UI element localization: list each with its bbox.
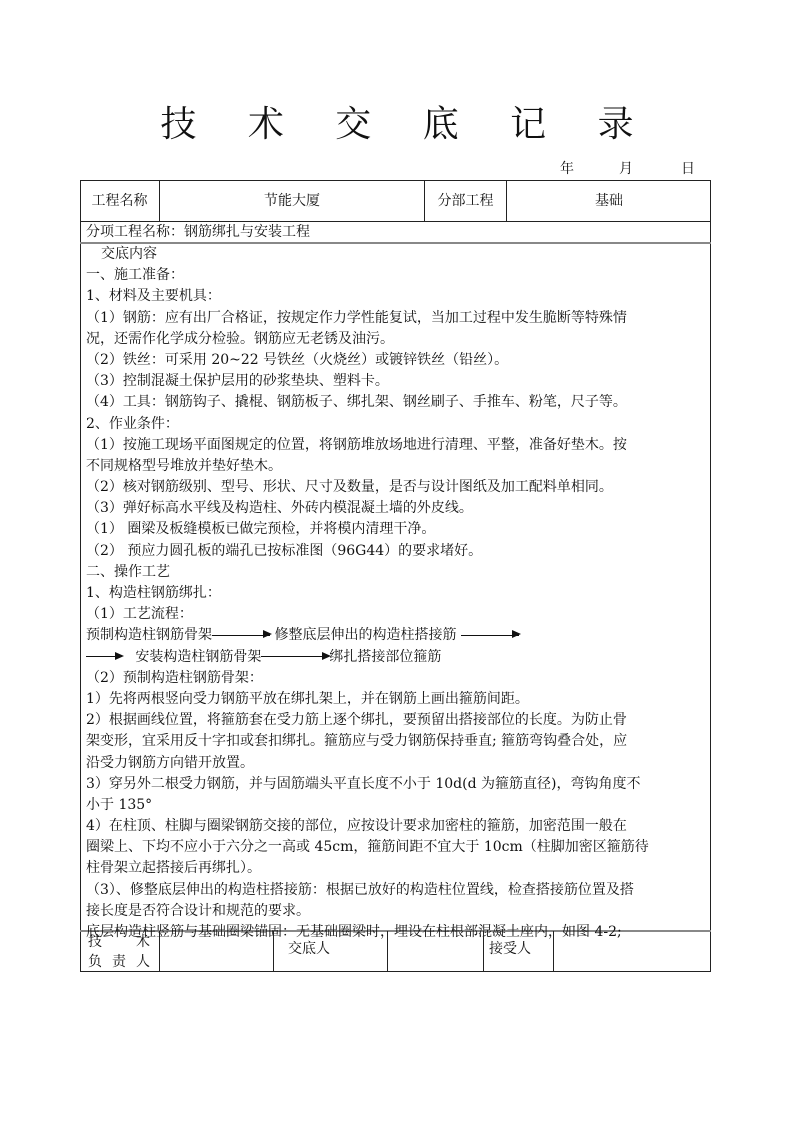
col-divider	[273, 931, 274, 972]
discloser-signature-field[interactable]	[388, 931, 483, 972]
content-line: （2） 预应力圆孔板的端孔已按标准图（96G44）的要求堵好。	[86, 541, 708, 562]
date-month-label: 月	[619, 158, 633, 178]
content-line: （1） 圈梁及板缝模板已做完预检，并将模内清理干净。	[86, 519, 708, 540]
flow-step-4: 绑扎搭接部位箍筋	[329, 649, 441, 665]
content-line: （3）、修整底层伸出的构造柱搭接筋：根据已放好的构造柱位置线，检查搭接筋位置及搭	[86, 880, 708, 901]
subitem-label: 分项工程名称：	[86, 223, 184, 241]
content-line: 二、操作工艺	[86, 562, 708, 583]
content-line: （4）工具：钢筋钩子、撬棍、钢筋板子、绑扎架、钢丝刷子、手推车、粉笔，尺子等。	[86, 392, 708, 413]
tech-lead-signature-field[interactable]	[160, 931, 273, 972]
receiver-label: 接受人	[489, 931, 531, 972]
arrow-right-icon	[212, 635, 270, 646]
document-title: 技 术 交 底 记 录	[0, 100, 794, 150]
content-line: 小于 135°	[86, 795, 708, 816]
content-line: （2）核对钢筋级别、型号、形状、尺寸及数量，是否与设计图纸及加工配料单相同。	[86, 477, 708, 498]
subitem-row: 分项工程名称：钢筋绑扎与安装工程	[86, 222, 310, 242]
receiver-signature-field[interactable]	[554, 931, 711, 972]
content-line: 接长度是否符合设计和规范的要求。	[86, 901, 708, 922]
tech-lead-label: 技 术 负 责 人	[84, 932, 156, 972]
content-line: （1）按施工现场平面图规定的位置，将钢筋堆放场地进行清理、平整，准备好垫木。按	[86, 435, 708, 456]
content-line: 圈梁上、下均不应小于六分之一高或 45cm，箍筋间距不宜大于 10cm（柱脚加密…	[86, 837, 708, 858]
content-line: （3）控制混凝土保护层用的砂浆垫块、塑料卡。	[86, 371, 708, 392]
content-line: 不同规格型号堆放并垫好垫木。	[86, 456, 708, 477]
content-line: 2）根据画线位置，将箍筋套在受力筋上逐个绑扎，要预留出搭接部位的长度。为防止骨	[86, 710, 708, 731]
content-line: （2）铁丝：可采用 20~22 号铁丝（火烧丝）或镀锌铁丝（铅丝）。	[86, 350, 708, 371]
content-line: （1）钢筋：应有出厂合格证，按规定作力学性能复试，当加工过程中发生脆断等特殊情	[86, 308, 708, 329]
subitem-value: 钢筋绑扎与安装工程	[184, 223, 310, 241]
date-year-label: 年	[560, 158, 574, 178]
content-line: 一、施工准备：	[86, 265, 708, 286]
label-char: 术	[136, 932, 150, 952]
content-line: 况，还需作化学成分检验。钢筋应无老锈及油污。	[86, 329, 708, 350]
flow-step-2: 修整底层伸出的构造柱搭接筋	[274, 627, 456, 643]
arrow-right-icon	[86, 656, 122, 667]
content-line: 3）穿另外二根受力钢筋，并与固筋端头平直长度不小于 10d(d 为箍筋直径)，弯…	[86, 774, 708, 795]
process-flow-line-1: 预制构造柱钢筋骨架 修整底层伸出的构造柱搭接筋	[86, 625, 708, 646]
content-line: （3）弹好标高水平线及构造柱、外砖内模混凝土墙的外皮线。	[86, 498, 708, 519]
label-char: 技	[88, 932, 102, 952]
division-label: 分部工程	[425, 180, 506, 222]
division-value: 基础	[507, 180, 711, 222]
col-divider	[483, 931, 484, 972]
disclosure-content: 交底内容 一、施工准备： 1、材料及主要机具： （1）钢筋：应有出厂合格证，按规…	[86, 244, 708, 943]
project-name-value: 节能大厦	[160, 180, 424, 222]
date-day-label: 日	[681, 158, 695, 178]
label-char: 人	[136, 952, 150, 972]
label-char: 负	[88, 952, 102, 972]
content-line: 1、材料及主要机具：	[86, 286, 708, 307]
content-line: （1）工艺流程：	[86, 604, 708, 625]
content-line: 2、作业条件：	[86, 414, 708, 435]
flow-step-1: 预制构造柱钢筋骨架	[86, 627, 212, 643]
discloser-label: 交底人	[288, 931, 330, 972]
content-line: 4）在柱顶、柱脚与圈梁钢筋交接的部位，应按设计要求加密柱的箍筋，加密范围一般在	[86, 816, 708, 837]
content-line: 柱骨架立起搭接后再绑扎）。	[86, 858, 708, 879]
label-char: 责	[112, 952, 126, 972]
arrow-right-icon	[261, 656, 329, 667]
content-line: 架变形，宜采用反十字扣或套扣绑扎。箍筋应与受力钢筋保持垂直; 箍筋弯钩叠合处，应	[86, 731, 708, 752]
content-heading: 交底内容	[86, 244, 708, 265]
content-line: 1、构造柱钢筋绑扎：	[86, 583, 708, 604]
content-line: 沿受力钢筋方向错开放置。	[86, 753, 708, 774]
project-name-label: 工程名称	[80, 180, 159, 222]
content-line: （2）预制构造柱钢筋骨架：	[86, 668, 708, 689]
process-flow-line-2: 安装构造柱钢筋骨架绑扎搭接部位箍筋	[86, 647, 708, 668]
content-line: 1）先将两根竖向受力钢筋平放在绑扎架上，并在钢筋上画出箍筋间距。	[86, 689, 708, 710]
arrow-right-icon	[461, 635, 519, 646]
flow-step-3: 安装构造柱钢筋骨架	[135, 649, 261, 665]
